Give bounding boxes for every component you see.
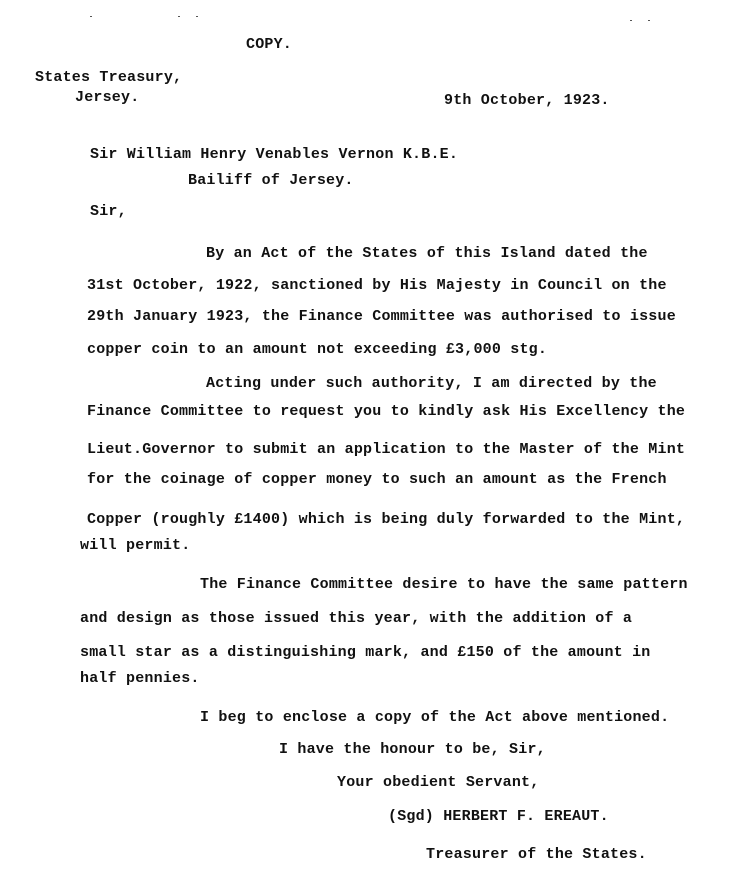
signature: (Sgd) HERBERT F. EREAUT. <box>388 808 609 826</box>
paragraph-line: half pennies. <box>80 670 200 688</box>
sender-address-line: Jersey. <box>75 89 139 107</box>
closing-line: I have the honour to be, Sir, <box>279 741 546 759</box>
copy-heading: COPY. <box>246 36 292 54</box>
paragraph-line: 31st October, 1922, sanctioned by His Ma… <box>87 277 667 295</box>
scan-speck <box>630 20 632 21</box>
paragraph-line: 29th January 1923, the Finance Committee… <box>87 308 676 326</box>
paragraph-line: will permit. <box>80 537 190 555</box>
paragraph-line: small star as a distinguishing mark, and… <box>80 644 651 662</box>
scan-speck <box>196 16 198 17</box>
signatory-title: Treasurer of the States. <box>426 846 647 864</box>
salutation: Sir, <box>90 203 127 221</box>
scan-speck <box>648 20 650 21</box>
letter-date: 9th October, 1923. <box>444 92 610 110</box>
recipient-name: Sir William Henry Venables Vernon K.B.E. <box>90 146 458 164</box>
paragraph-line: Lieut.Governor to submit an application … <box>87 441 685 459</box>
paragraph-line: By an Act of the States of this Island d… <box>206 245 648 263</box>
enclosure-note: I beg to enclose a copy of the Act above… <box>200 709 669 727</box>
paragraph-line: and design as those issued this year, wi… <box>80 610 632 628</box>
paragraph-line: Acting under such authority, I am direct… <box>206 375 657 393</box>
sender-address-line: States Treasury, <box>35 69 182 87</box>
scan-speck <box>90 16 92 17</box>
scan-speck <box>178 16 180 17</box>
closing-line: Your obedient Servant, <box>337 774 539 792</box>
paragraph-line: The Finance Committee desire to have the… <box>200 576 688 594</box>
paragraph-line: copper coin to an amount not exceeding £… <box>87 341 547 359</box>
paragraph-line: Copper (roughly £1400) which is being du… <box>87 511 685 529</box>
recipient-title: Bailiff of Jersey. <box>188 172 354 190</box>
paragraph-line: Finance Committee to request you to kind… <box>87 403 685 421</box>
paragraph-line: for the coinage of copper money to such … <box>87 471 667 489</box>
